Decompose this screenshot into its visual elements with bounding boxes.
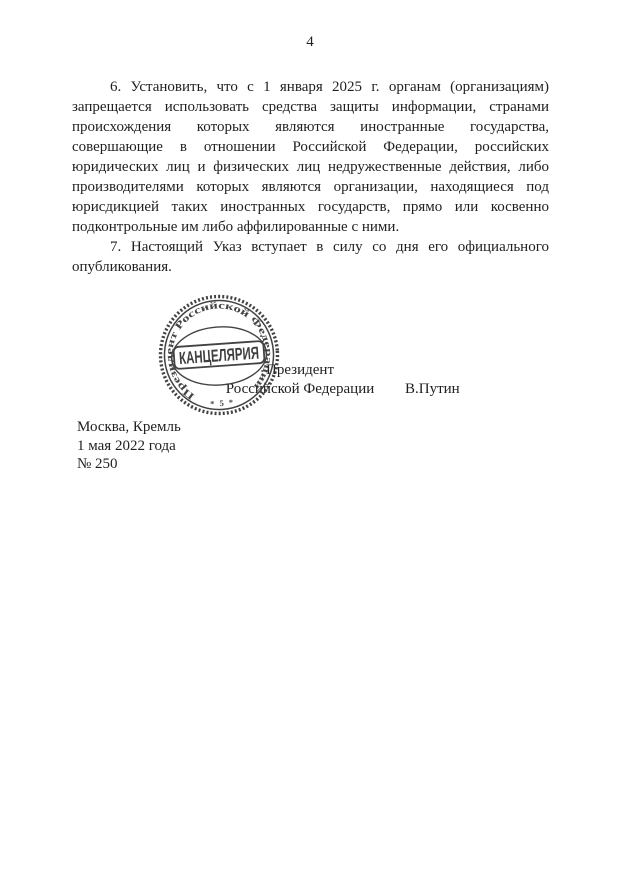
page-number: 4: [0, 32, 620, 52]
decree-page: 4 6. Установить, что с 1 января 2025 г. …: [0, 0, 620, 876]
footer-number: № 250: [77, 455, 181, 474]
body-line: юрисдикцией таких иностранных государств…: [72, 197, 549, 217]
body-line: 6. Установить, что с 1 января 2025 г. ор…: [72, 77, 549, 97]
body-line: производителями которых являются организ…: [72, 177, 549, 197]
footer-date: 1 мая 2022 года: [77, 437, 181, 456]
body-line: происхождения которых являются иностранн…: [72, 117, 549, 137]
signature-name: В.Путин: [405, 380, 460, 399]
stamp-number-text: * 5 *: [210, 397, 235, 409]
decree-footer: Москва, Кремль 1 мая 2022 года № 250: [77, 418, 181, 474]
body-line: юридических лиц и физических лиц недруже…: [72, 157, 549, 177]
body-line: запрещается использовать средства защиты…: [72, 97, 549, 117]
chancellery-stamp: Президент Российской Федерации * 5 * КАН…: [150, 286, 289, 425]
body-line: совершающие в отношении Российской Федер…: [72, 137, 549, 157]
body-line: 7. Настоящий Указ вступает в силу со дня…: [72, 237, 549, 257]
decree-body: 6. Установить, что с 1 января 2025 г. ор…: [72, 77, 549, 277]
body-line: опубликования.: [72, 257, 549, 277]
body-line: подконтрольные им либо аффилированные с …: [72, 217, 549, 237]
